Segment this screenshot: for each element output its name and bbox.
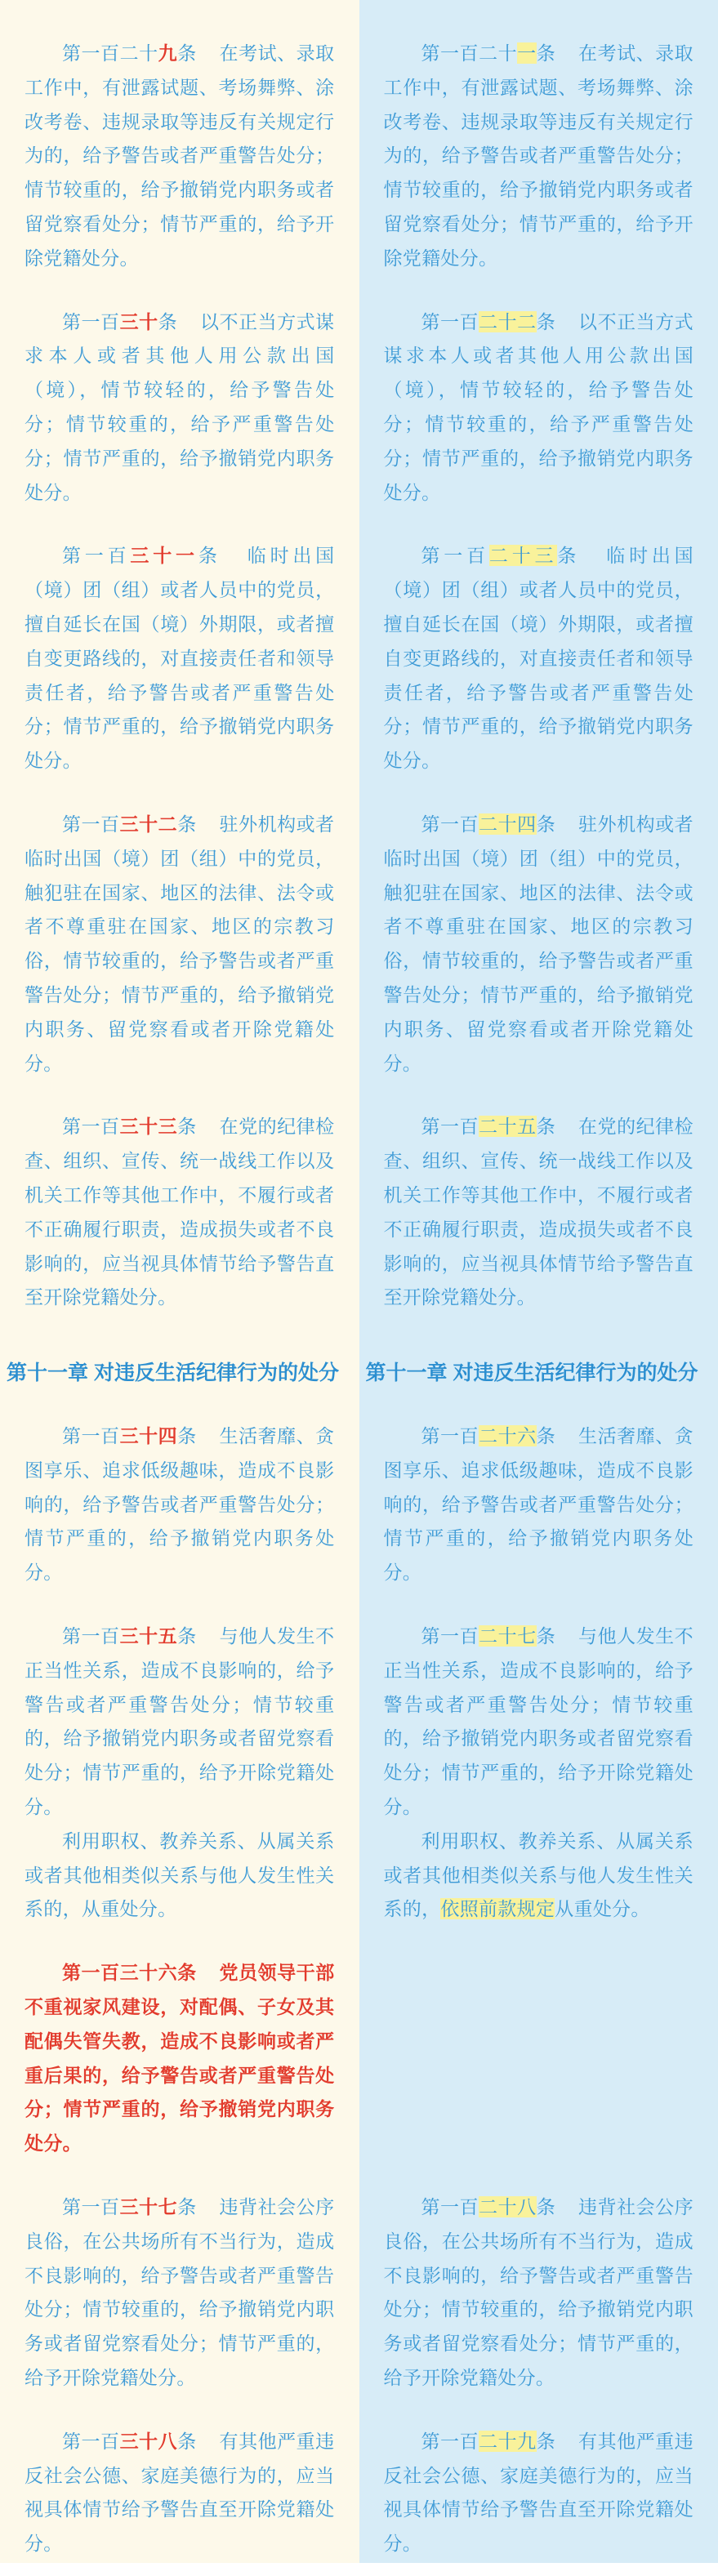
article-first-paragraph: 第一百二十六条生活奢靡、贪图享乐、追求低级趣味，造成不良影响的，给予警告或者严重… [384, 1419, 694, 1590]
article-number: 第一百二十六条 [421, 1425, 556, 1446]
changed-text-red: 三十五 [120, 1625, 178, 1647]
left-version-cell: 第一百三十三条在党的纪律检查、组织、宣传、统一战线工作以及机关工作等其他工作中，… [0, 1110, 359, 1344]
text-segment: 条 [537, 1116, 556, 1137]
text-segment: 第一百 [421, 2431, 479, 2452]
article: 第一百三十八条有其他严重违反社会公德、家庭美德行为的，应当视具体情节给予警告直至… [25, 2425, 335, 2561]
article: 第一百二十三条临时出国（境）团（组）或者人员中的党员，擅自延长在国（境）外期限，… [384, 539, 694, 778]
text-segment: 第一百二十 [62, 42, 158, 64]
article-number: 第一百三十五条 [62, 1625, 197, 1647]
changed-text-highlight: 二十六 [479, 1425, 537, 1446]
text-segment: 条 [177, 42, 197, 64]
article-number: 第一百二十九条 [421, 2431, 556, 2452]
changed-text-red: 三十四 [120, 1425, 178, 1446]
right-version-cell: 第一百二十二条以不正当方式谋求本人或者其他人用公款出国（境），情节较轻的，给予警… [359, 305, 718, 540]
right-version-cell: 第一百二十五条在党的纪律检查、组织、宣传、统一战线工作以及机关工作等其他工作中，… [359, 1110, 718, 1344]
changed-text-red: 三十八 [120, 2431, 178, 2452]
text-segment: 第一百 [421, 813, 479, 835]
text-segment: 党员领导干部不重视家风建设，对配偶、子女及其配偶失管失教，造成不良影响或者严重后… [25, 1962, 335, 2154]
text-segment: 第一百 [62, 2196, 120, 2217]
article-first-paragraph: 第一百三十四条生活奢靡、贪图享乐、追求低级趣味，造成不良影响的，给予警告或者严重… [25, 1419, 335, 1590]
text-segment: 生活奢靡、贪图享乐、追求低级趣味，造成不良影响的，给予警告或者严重警告处分；情节… [25, 1425, 335, 1583]
article-paragraph: 利用职权、教养关系、从属关系或者其他相类似关系与他人发生性关系的，从重处分。 [25, 1825, 335, 1927]
text-segment: 第一百 [62, 813, 120, 835]
text-segment: 在考试、录取工作中，有泄露试题、考场舞弊、涂改考卷、违规录取等违反有关规定行为的… [25, 42, 335, 269]
changed-text-highlight: 二十八 [479, 2196, 537, 2217]
left-version-cell: 第十一章 对违反生活纪律行为的处分 [0, 1344, 359, 1419]
article-number: 第一百二十一条 [421, 42, 556, 64]
text-segment: 以不正当方式谋求本人或者其他人用公款出国（境），情节较轻的，给予警告处分；情节较… [25, 311, 335, 503]
text-segment: 条 [177, 1425, 197, 1446]
article-first-paragraph: 第一百三十条以不正当方式谋求本人或者其他人用公款出国（境），情节较轻的，给予警告… [25, 305, 335, 510]
article-paragraph: 利用职权、教养关系、从属关系或者其他相类似关系与他人发生性关系的，依照前款规定从… [384, 1825, 694, 1927]
text-segment: 临时出国（境）团（组）或者人员中的党员，擅自延长在国（境）外期限，或者擅自变更路… [384, 545, 694, 771]
article: 第一百二十二条以不正当方式谋求本人或者其他人用公款出国（境），情节较轻的，给予警… [384, 305, 694, 510]
right-version-cell: 第一百二十一条在考试、录取工作中，有泄露试题、考场舞弊、涂改考卷、违规录取等违反… [359, 0, 718, 305]
right-version-cell: 第一百二十四条驻外机构或者临时出国（境）团（组）中的党员，触犯驻在国家、地区的法… [359, 808, 718, 1110]
article-first-paragraph: 第一百二十九条在考试、录取工作中，有泄露试题、考场舞弊、涂改考卷、违规录取等违反… [25, 37, 335, 276]
text-segment: 条 [537, 42, 556, 64]
text-segment: 条 [537, 2196, 556, 2217]
article-first-paragraph: 第一百三十五条与他人发生不正当性关系，造成不良影响的，给予警告或者严重警告处分；… [25, 1620, 335, 1825]
text-segment: 条 [537, 311, 556, 332]
text-segment: 条 [537, 1625, 556, 1647]
article-first-paragraph: 第一百二十八条违背社会公序良俗，在公共场所有不当行为，造成不良影响的，给予警告或… [384, 2190, 694, 2396]
text-segment: 第一百 [62, 311, 120, 332]
article: 第一百二十九条有其他严重违反社会公德、家庭美德行为的，应当视具体情节给予警告直至… [384, 2425, 694, 2561]
article-first-paragraph: 第一百三十三条在党的纪律检查、组织、宣传、统一战线工作以及机关工作等其他工作中，… [25, 1110, 335, 1315]
right-version-cell: 第十一章 对违反生活纪律行为的处分 [359, 1344, 718, 1419]
text-segment: 第一百 [62, 1425, 120, 1446]
changed-text-highlight: 二十九 [479, 2431, 537, 2452]
text-segment: 第一百 [421, 311, 479, 332]
changed-text-highlight: 二十二 [479, 311, 537, 332]
article: 第一百三十六条党员领导干部不重视家风建设，对配偶、子女及其配偶失管失教，造成不良… [25, 1956, 335, 2161]
article-number: 第一百三十三条 [62, 1116, 197, 1137]
left-version-cell: 第一百三十二条驻外机构或者临时出国（境）团（组）中的党员，触犯驻在国家、地区的法… [0, 808, 359, 1110]
text-segment: 第一百 [421, 1116, 479, 1137]
changed-text-red: 三十二 [120, 813, 178, 835]
left-version-cell: 第一百三十条以不正当方式谋求本人或者其他人用公款出国（境），情节较轻的，给予警告… [0, 305, 359, 540]
text-segment: 条 [177, 1625, 197, 1647]
text-segment: 临时出国（境）团（组）或者人员中的党员，擅自延长在国（境）外期限，或者擅自变更路… [25, 545, 335, 771]
article-number: 第一百三十四条 [62, 1425, 197, 1446]
article: 第一百二十八条违背社会公序良俗，在公共场所有不当行为，造成不良影响的，给予警告或… [384, 2190, 694, 2396]
changed-text-highlight: 二十四 [479, 813, 537, 835]
article: 第一百三十条以不正当方式谋求本人或者其他人用公款出国（境），情节较轻的，给予警告… [25, 305, 335, 510]
changed-text-red: 三十七 [120, 2196, 178, 2217]
right-version-cell [359, 1956, 718, 2190]
right-version-cell: 第一百二十六条生活奢靡、贪图享乐、追求低级趣味，造成不良影响的，给予警告或者严重… [359, 1419, 718, 1620]
text-segment: 第一百 [421, 2196, 479, 2217]
chapter-heading: 第十一章 对违反生活纪律行为的处分 [7, 1356, 353, 1390]
text-segment: 从重处分。 [555, 1898, 650, 1919]
changed-text-highlight: 二十五 [479, 1116, 537, 1137]
left-version-cell: 第一百三十一条临时出国（境）团（组）或者人员中的党员，擅自延长在国（境）外期限，… [0, 539, 359, 808]
text-segment: 条 [537, 813, 556, 835]
text-segment: 条 [177, 2196, 197, 2217]
article-number: 第一百三十二条 [62, 813, 197, 835]
article-first-paragraph: 第一百三十七条违背社会公序良俗，在公共场所有不当行为，造成不良影响的，给予警告或… [25, 2190, 335, 2396]
text-segment: 第一百 [421, 1625, 479, 1647]
article-number: 第一百二十四条 [421, 813, 556, 835]
article-number: 第一百三十七条 [62, 2196, 197, 2217]
article: 第一百二十七条与他人发生不正当性关系，造成不良影响的，给予警告或者严重警告处分；… [384, 1620, 694, 1927]
left-version-cell: 第一百三十八条有其他严重违反社会公德、家庭美德行为的，应当视具体情节给予警告直至… [0, 2425, 359, 2563]
article-first-paragraph: 第一百三十一条临时出国（境）团（组）或者人员中的党员，擅自延长在国（境）外期限，… [25, 539, 335, 778]
article-number: 第一百三十八条 [62, 2431, 197, 2452]
article: 第一百二十六条生活奢靡、贪图享乐、追求低级趣味，造成不良影响的，给予警告或者严重… [384, 1419, 694, 1590]
text-segment: 条 [177, 1116, 197, 1137]
article: 第一百三十二条驻外机构或者临时出国（境）团（组）中的党员，触犯驻在国家、地区的法… [25, 808, 335, 1081]
article-number: 第一百三十条 [62, 311, 177, 332]
text-segment: 第一百 [421, 545, 489, 566]
article-number: 第一百二十八条 [421, 2196, 556, 2217]
changed-text-highlight: 依照前款规定 [440, 1898, 555, 1919]
right-version-cell: 第一百二十三条临时出国（境）团（组）或者人员中的党员，擅自延长在国（境）外期限，… [359, 539, 718, 808]
article-first-paragraph: 第一百三十八条有其他严重违反社会公德、家庭美德行为的，应当视具体情节给予警告直至… [25, 2425, 335, 2561]
right-version-cell: 第一百二十七条与他人发生不正当性关系，造成不良影响的，给予警告或者严重警告处分；… [359, 1620, 718, 1956]
changed-text-red: 三十三 [120, 1116, 178, 1137]
article: 第一百二十四条驻外机构或者临时出国（境）团（组）中的党员，触犯驻在国家、地区的法… [384, 808, 694, 1081]
text-segment: 第一百三十六条 [62, 1962, 197, 1983]
text-segment: 违背社会公序良俗，在公共场所有不当行为，造成不良影响的，给予警告或者严重警告处分… [25, 2196, 335, 2388]
article-first-paragraph: 第一百二十四条驻外机构或者临时出国（境）团（组）中的党员，触犯驻在国家、地区的法… [384, 808, 694, 1081]
left-version-cell: 第一百二十九条在考试、录取工作中，有泄露试题、考场舞弊、涂改考卷、违规录取等违反… [0, 0, 359, 305]
text-segment: 第一百 [421, 1425, 479, 1446]
changed-text-red: 九 [158, 42, 178, 64]
article: 第一百三十三条在党的纪律检查、组织、宣传、统一战线工作以及机关工作等其他工作中，… [25, 1110, 335, 1315]
article-number: 第一百二十三条 [421, 545, 581, 566]
article-first-paragraph: 第一百二十一条在考试、录取工作中，有泄露试题、考场舞弊、涂改考卷、违规录取等违反… [384, 37, 694, 276]
text-segment: 违背社会公序良俗，在公共场所有不当行为，造成不良影响的，给予警告或者严重警告处分… [384, 2196, 694, 2388]
text-segment: 驻外机构或者临时出国（境）团（组）中的党员，触犯驻在国家、地区的法律、法令或者不… [384, 813, 694, 1074]
changed-text-red: 三十 [120, 311, 158, 332]
text-segment: 与他人发生不正当性关系，造成不良影响的，给予警告或者严重警告处分；情节较重的，给… [25, 1625, 335, 1817]
right-version-cell: 第一百二十九条有其他严重违反社会公德、家庭美德行为的，应当视具体情节给予警告直至… [359, 2425, 718, 2563]
left-version-cell: 第一百三十六条党员领导干部不重视家风建设，对配偶、子女及其配偶失管失教，造成不良… [0, 1956, 359, 2190]
text-segment: 条 [198, 545, 221, 566]
article: 第一百三十七条违背社会公序良俗，在公共场所有不当行为，造成不良影响的，给予警告或… [25, 2190, 335, 2396]
article-first-paragraph: 第一百二十九条有其他严重违反社会公德、家庭美德行为的，应当视具体情节给予警告直至… [384, 2425, 694, 2561]
right-version-cell: 第一百二十八条违背社会公序良俗，在公共场所有不当行为，造成不良影响的，给予警告或… [359, 2190, 718, 2425]
article: 第一百三十五条与他人发生不正当性关系，造成不良影响的，给予警告或者严重警告处分；… [25, 1620, 335, 1927]
article-first-paragraph: 第一百三十六条党员领导干部不重视家风建设，对配偶、子女及其配偶失管失教，造成不良… [25, 1956, 335, 2161]
changed-text-highlight: 一 [517, 42, 537, 64]
text-segment: 条 [158, 311, 178, 332]
text-segment: 在考试、录取工作中，有泄露试题、考场舞弊、涂改考卷、违规录取等违反有关规定行为的… [384, 42, 694, 269]
left-version-cell: 第一百三十四条生活奢靡、贪图享乐、追求低级趣味，造成不良影响的，给予警告或者严重… [0, 1419, 359, 1620]
changed-text-highlight: 二十三 [489, 545, 557, 566]
text-segment: 第一百 [62, 545, 130, 566]
article-number: 第一百二十五条 [421, 1116, 556, 1137]
left-version-cell: 第一百三十七条违背社会公序良俗，在公共场所有不当行为，造成不良影响的，给予警告或… [0, 2190, 359, 2425]
text-segment: 条 [537, 1425, 556, 1446]
text-segment: 利用职权、教养关系、从属关系或者其他相类似关系与他人发生性关系的，从重处分。 [25, 1830, 335, 1920]
article-number: 第一百三十六条 [62, 1962, 197, 1983]
chapter-heading: 第十一章 对违反生活纪律行为的处分 [366, 1356, 712, 1390]
article-first-paragraph: 第一百二十五条在党的纪律检查、组织、宣传、统一战线工作以及机关工作等其他工作中，… [384, 1110, 694, 1315]
left-version-cell: 第一百三十五条与他人发生不正当性关系，造成不良影响的，给予警告或者严重警告处分；… [0, 1620, 359, 1956]
text-segment: 生活奢靡、贪图享乐、追求低级趣味，造成不良影响的，给予警告或者严重警告处分；情节… [384, 1425, 694, 1583]
article-first-paragraph: 第一百二十七条与他人发生不正当性关系，造成不良影响的，给予警告或者严重警告处分；… [384, 1620, 694, 1825]
changed-text-highlight: 二十七 [479, 1625, 537, 1647]
text-segment: 条 [537, 2431, 556, 2452]
text-segment: 条 [177, 813, 197, 835]
article-number: 第一百三十一条 [62, 545, 221, 566]
article: 第一百二十五条在党的纪律检查、组织、宣传、统一战线工作以及机关工作等其他工作中，… [384, 1110, 694, 1315]
article-number: 第一百二十二条 [421, 311, 556, 332]
text-segment: 条 [557, 545, 580, 566]
article-first-paragraph: 第一百三十二条驻外机构或者临时出国（境）团（组）中的党员，触犯驻在国家、地区的法… [25, 808, 335, 1081]
article: 第一百二十九条在考试、录取工作中，有泄露试题、考场舞弊、涂改考卷、违规录取等违反… [25, 37, 335, 276]
text-segment: 第一百二十 [421, 42, 518, 64]
text-segment: 以不正当方式谋求本人或者其他人用公款出国（境），情节较轻的，给予警告处分；情节较… [384, 311, 694, 503]
text-segment: 驻外机构或者临时出国（境）团（组）中的党员，触犯驻在国家、地区的法律、法令或者不… [25, 813, 335, 1074]
regulation-comparison-page: 第一百二十九条在考试、录取工作中，有泄露试题、考场舞弊、涂改考卷、违规录取等违反… [0, 0, 718, 2576]
text-segment: 第一百 [62, 1625, 120, 1647]
text-segment: 在党的纪律检查、组织、宣传、统一战线工作以及机关工作等其他工作中，不履行或者不正… [25, 1116, 335, 1308]
text-segment: 与他人发生不正当性关系，造成不良影响的，给予警告或者严重警告处分；情节较重的，给… [384, 1625, 694, 1817]
article: 第一百三十四条生活奢靡、贪图享乐、追求低级趣味，造成不良影响的，给予警告或者严重… [25, 1419, 335, 1590]
article-first-paragraph: 第一百二十二条以不正当方式谋求本人或者其他人用公款出国（境），情节较轻的，给予警… [384, 305, 694, 510]
article-number: 第一百二十九条 [62, 42, 197, 64]
text-segment: 条 [177, 2431, 197, 2452]
text-segment: 第一百 [62, 2431, 120, 2452]
article-number: 第一百二十七条 [421, 1625, 556, 1647]
article: 第一百三十一条临时出国（境）团（组）或者人员中的党员，擅自延长在国（境）外期限，… [25, 539, 335, 778]
article-first-paragraph: 第一百二十三条临时出国（境）团（组）或者人员中的党员，擅自延长在国（境）外期限，… [384, 539, 694, 778]
text-segment: 在党的纪律检查、组织、宣传、统一战线工作以及机关工作等其他工作中，不履行或者不正… [384, 1116, 694, 1308]
text-segment: 第一百 [62, 1116, 120, 1137]
changed-text-red: 三十一 [130, 545, 198, 566]
article: 第一百二十一条在考试、录取工作中，有泄露试题、考场舞弊、涂改考卷、违规录取等违反… [384, 37, 694, 276]
